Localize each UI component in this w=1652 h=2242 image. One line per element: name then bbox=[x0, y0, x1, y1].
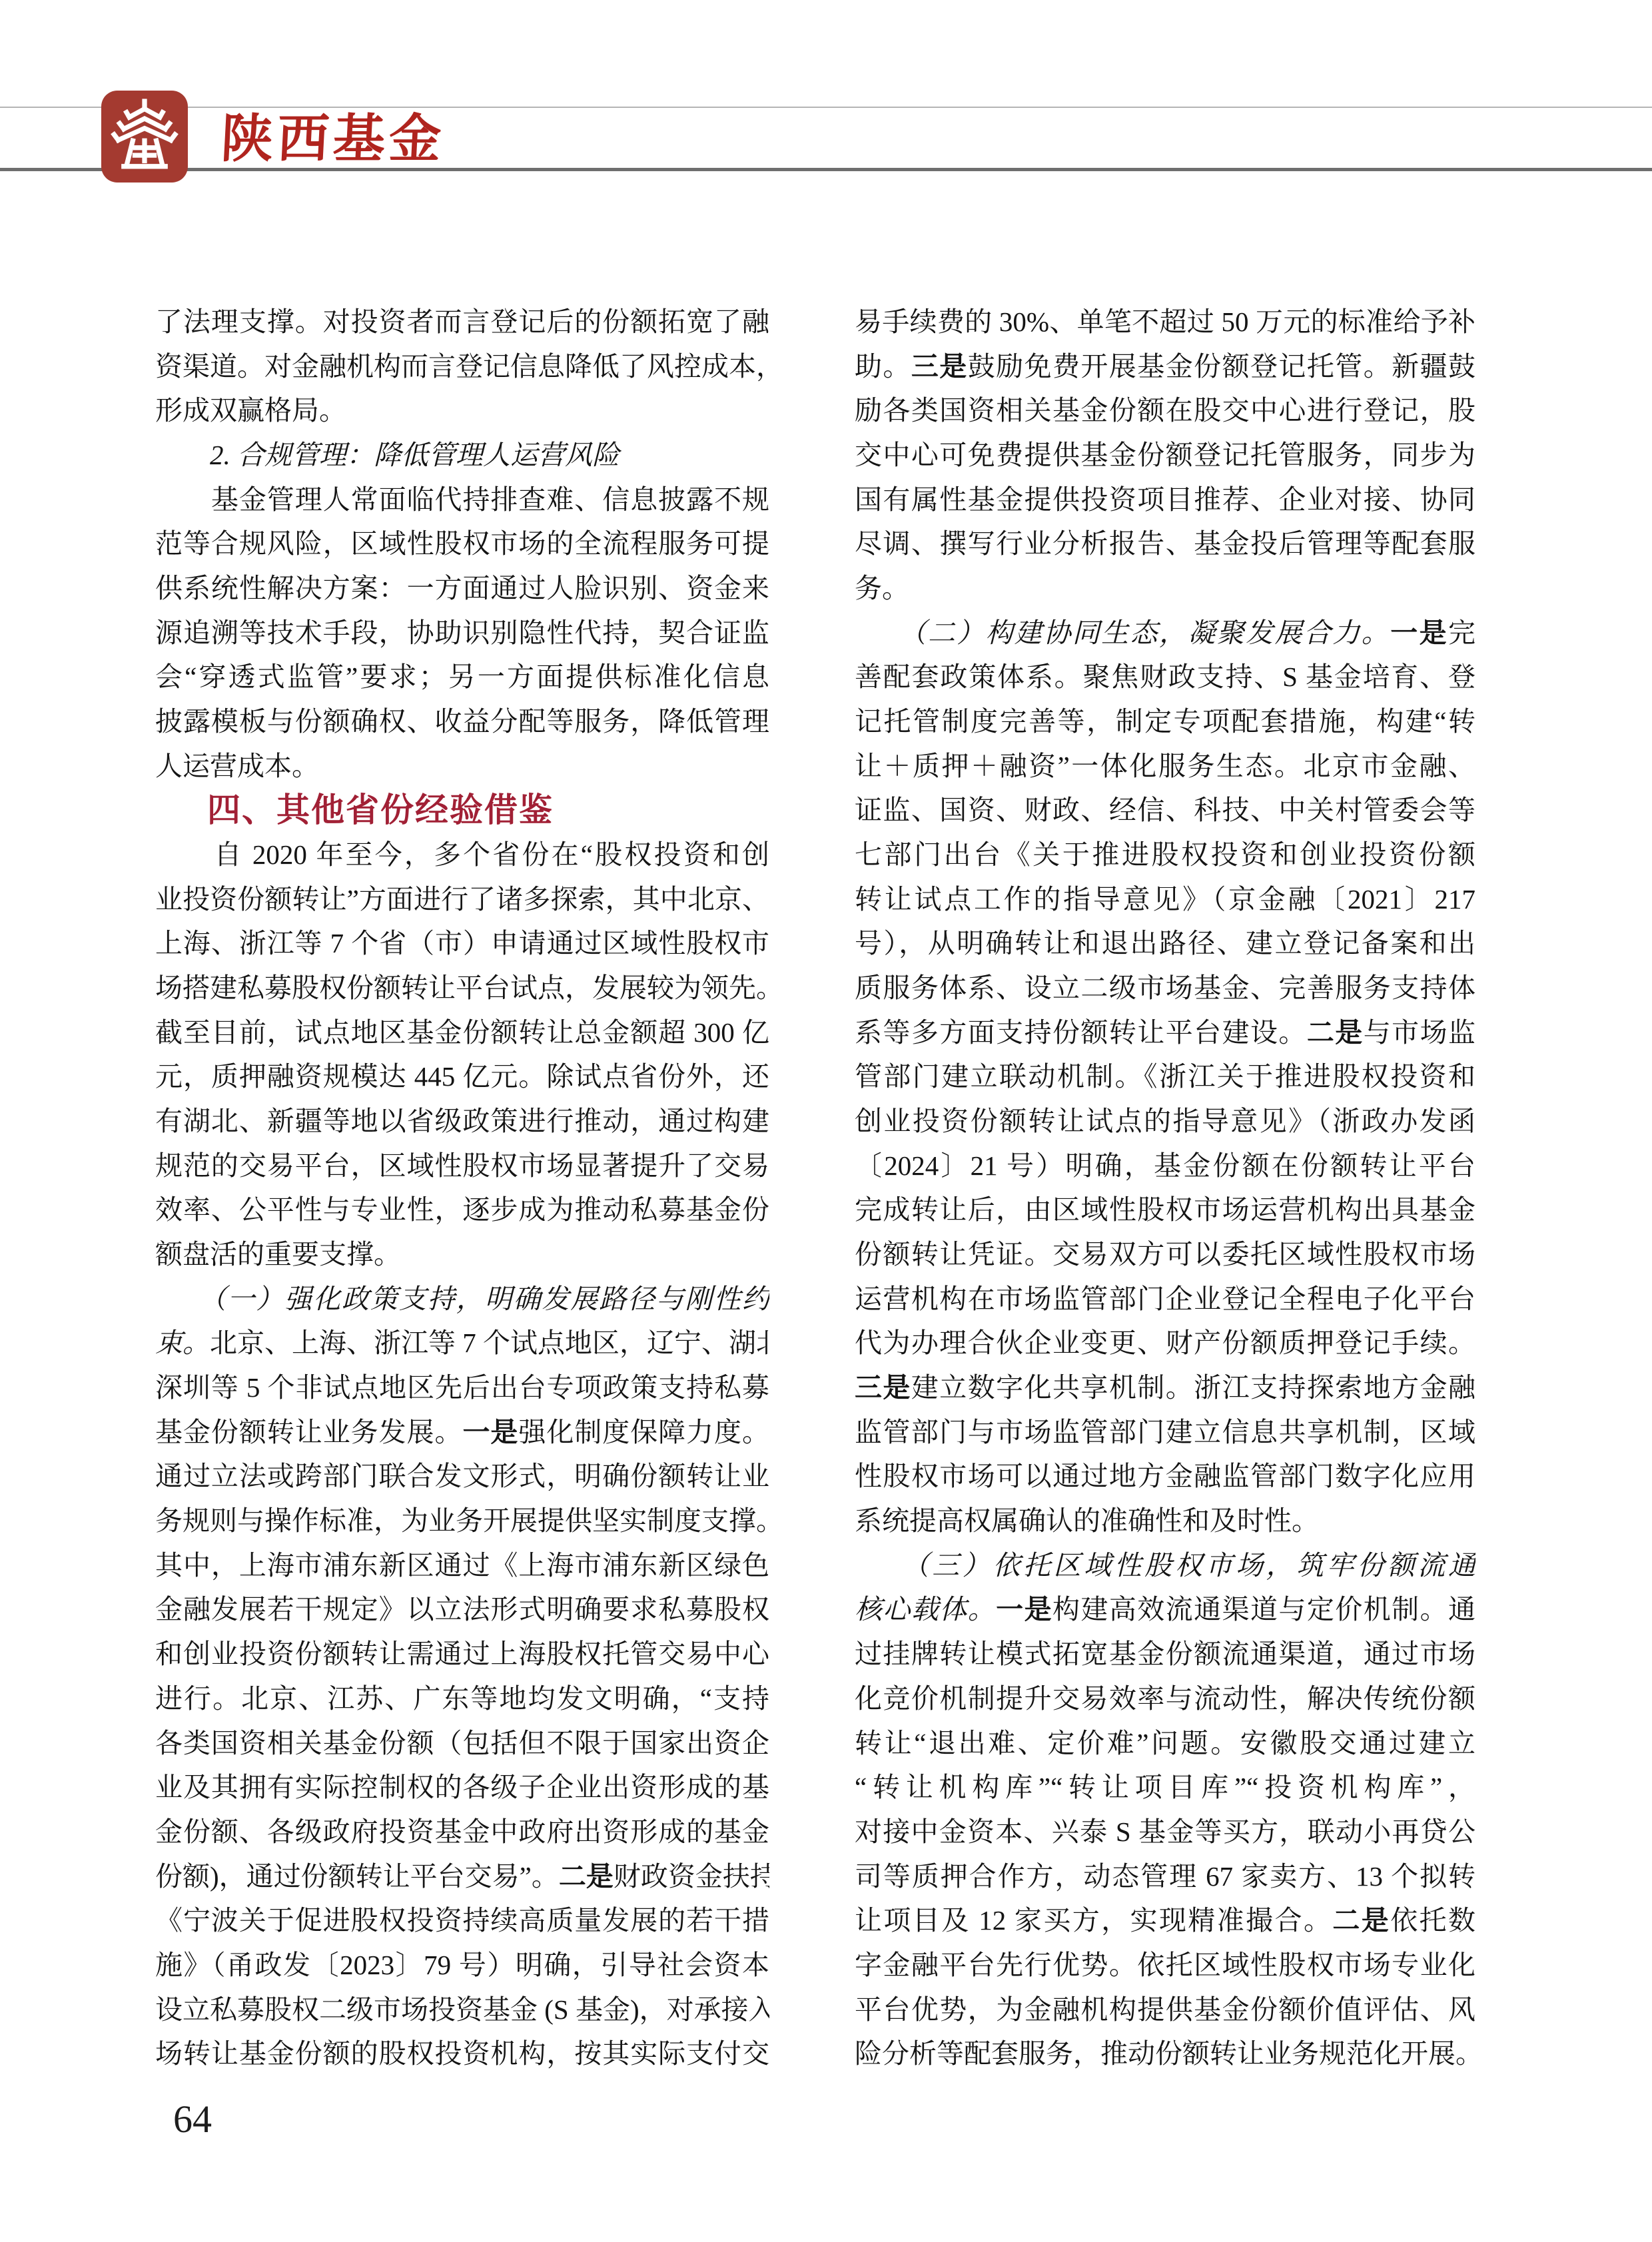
text-line: 转让试点工作的指导意见》（京金融〔2021〕217 bbox=[855, 877, 1475, 922]
text-line: 形成双赢格局。 bbox=[155, 388, 769, 433]
text-line: 披露模板与份额确权、收益分配等服务，降低管理 bbox=[155, 699, 769, 744]
text-line: （二）构建协同生态，凝聚发展合力。一是完 bbox=[855, 611, 1475, 655]
text-line: 上海、浙江等 7 个省（市）申请通过区域性股权市 bbox=[155, 921, 769, 966]
body-text: 鼓励免费开展基金份额登记托管。新疆鼓 bbox=[968, 351, 1475, 382]
emphasis-text: 二是 bbox=[1307, 1017, 1364, 1048]
right-column: 易手续费的 30%、单笔不超过 50 万元的标准给予补助。三是鼓励免费开展基金份… bbox=[855, 300, 1475, 2076]
body-text: 进行。北京、江苏、广东等地均发文明确，“支持 bbox=[155, 1683, 769, 1714]
pagoda-seal-icon bbox=[110, 98, 179, 176]
body-text: 各类国资相关基金份额（包括但不限于国家出资企 bbox=[155, 1728, 769, 1758]
body-text: 助。 bbox=[855, 351, 911, 382]
text-line: 易手续费的 30%、单笔不超过 50 万元的标准给予补 bbox=[855, 300, 1475, 344]
text-line: 截至目前，试点地区基金份额转让总金额超 300 亿 bbox=[155, 1010, 769, 1055]
body-text: 对接中金资本、兴泰 S 基金等买方，联动小再贷公 bbox=[855, 1816, 1475, 1847]
body-text: 强化制度保障力度。 bbox=[518, 1417, 769, 1447]
body-text: “转让机构库”“转让项目库”“投资机构库”， bbox=[855, 1772, 1475, 1802]
text-line: 创业投资份额转让试点的指导意见》（浙政办发函 bbox=[855, 1099, 1475, 1144]
header-rule-top bbox=[0, 107, 1652, 108]
text-line: 监管部门与市场监管部门建立信息共享机制，区域 bbox=[855, 1410, 1475, 1455]
body-text: 供系统性解决方案：一方面通过人脸识别、资金来 bbox=[155, 573, 769, 603]
text-line: 三是建立数字化共享机制。浙江支持探索地方金融 bbox=[855, 1365, 1475, 1410]
body-text: 范等合规风险，区域性股权市场的全流程服务可提 bbox=[155, 528, 769, 559]
kai-subtitle-text: 核心载体。 bbox=[855, 1594, 996, 1625]
text-line: 励各类国资相关基金份额在股交中心进行登记，股 bbox=[855, 388, 1475, 433]
body-text: 金融发展若干规定》以立法形式明确要求私募股权 bbox=[155, 1594, 769, 1625]
body-text: 场搭建私募股权份额转让平台试点，发展较为领先。 bbox=[155, 972, 769, 1003]
text-line: 范等合规风险，区域性股权市场的全流程服务可提 bbox=[155, 522, 769, 566]
body-text: 交中心可免费提供基金份额登记托管服务，同步为 bbox=[855, 440, 1475, 470]
emphasis-text: 二是 bbox=[1332, 1905, 1390, 1936]
emphasis-text: 一是 bbox=[1390, 617, 1448, 648]
text-line: 进行。北京、江苏、广东等地均发文明确，“支持 bbox=[155, 1677, 769, 1721]
body-text: 记托管制度完善等，制定专项配套措施，构建“转 bbox=[855, 706, 1475, 737]
emphasis-text: 二是 bbox=[559, 1861, 614, 1892]
masthead-title: 陕西基金 bbox=[220, 109, 447, 169]
text-line: 转让“退出难、定价难”问题。安徽股交通过建立 bbox=[855, 1721, 1475, 1766]
text-line: 让＋质押＋融资”一体化服务生态。北京市金融、 bbox=[855, 744, 1475, 789]
text-line: 七部门出台《关于推进股权投资和创业投资份额 bbox=[855, 833, 1475, 877]
body-text: 过挂牌转让模式拓宽基金份额流通渠道，通过市场 bbox=[855, 1639, 1475, 1669]
body-text: 化竞价机制提升交易效率与流动性，解决传统份额 bbox=[855, 1683, 1475, 1714]
body-text: 有湖北、新疆等地以省级政策进行推动，通过构建 bbox=[155, 1106, 769, 1136]
text-line: 深圳等 5 个非试点地区先后出台专项政策支持私募 bbox=[155, 1365, 769, 1410]
text-line: 司等质押合作方，动态管理 67 家卖方、13 个拟转 bbox=[855, 1854, 1475, 1899]
text-line: 效率、公平性与专业性，逐步成为推动私募基金份 bbox=[155, 1188, 769, 1232]
text-line: 规范的交易平台，区域性股权市场显著提升了交易 bbox=[155, 1144, 769, 1188]
body-text: 易手续费的 30%、单笔不超过 50 万元的标准给予补 bbox=[855, 306, 1475, 337]
kai-subtitle-text: （一）强化政策支持，明确发展路径与刚性约 bbox=[155, 1284, 769, 1314]
body-text: 七部门出台《关于推进股权投资和创业投资份额 bbox=[855, 839, 1475, 870]
body-text: 平台优势，为金融机构提供基金份额价值评估、风 bbox=[855, 1994, 1475, 2025]
text-line: 完成转让后，由区域性股权市场运营机构出具基金 bbox=[855, 1188, 1475, 1232]
text-line: 尽调、撰写行业分析报告、基金投后管理等配套服 bbox=[855, 522, 1475, 566]
text-line: “转让机构库”“转让项目库”“投资机构库”， bbox=[855, 1765, 1475, 1810]
body-text: 务。 bbox=[855, 573, 909, 603]
emphasis-text: 三是 bbox=[855, 1372, 911, 1403]
body-text: 规范的交易平台，区域性股权市场显著提升了交易 bbox=[155, 1150, 769, 1181]
body-text: 号），从明确转让和退出路径、建立登记备案和出 bbox=[855, 928, 1475, 958]
text-line: 各类国资相关基金份额（包括但不限于国家出资企 bbox=[155, 1721, 769, 1766]
text-line: 额盘活的重要支撑。 bbox=[155, 1232, 769, 1277]
text-line: 份额)，通过份额转让平台交易”。二是财政资金扶持。 bbox=[155, 1854, 769, 1899]
body-text: 系等多方面支持份额转让平台建设。 bbox=[855, 1017, 1307, 1048]
body-text: 四、其他省份经验借鉴 bbox=[207, 791, 554, 829]
body-text: 场转让基金份额的股权投资机构，按其实际支付交 bbox=[155, 2038, 769, 2069]
body-text: 设立私募股权二级市场投资基金 (S 基金)，对承接入 bbox=[155, 1994, 769, 2025]
body-text: 依托数 bbox=[1390, 1905, 1475, 1936]
body-text: 其中，上海市浦东新区通过《上海市浦东新区绿色 bbox=[155, 1550, 769, 1581]
text-line: 设立私募股权二级市场投资基金 (S 基金)，对承接入 bbox=[155, 1988, 769, 2032]
body-text: 额盘活的重要支撑。 bbox=[155, 1239, 401, 1270]
text-line: 国有属性基金提供投资项目推荐、企业对接、协同 bbox=[855, 478, 1475, 522]
text-line: 字金融平台先行优势。依托区域性股权市场专业化 bbox=[855, 1943, 1475, 1988]
body-text: 份额)，通过份额转让平台交易”。 bbox=[155, 1861, 559, 1892]
emphasis-text: 一是 bbox=[462, 1417, 518, 1447]
kai-subtitle-text: 束。 bbox=[155, 1327, 210, 1358]
text-line: 对接中金资本、兴泰 S 基金等买方，联动小再贷公 bbox=[855, 1810, 1475, 1854]
text-line: 核心载体。一是构建高效流通渠道与定价机制。通 bbox=[855, 1587, 1475, 1632]
body-text: 和创业投资份额转让需通过上海股权托管交易中心 bbox=[155, 1639, 769, 1669]
kai-subtitle-text: （二）构建协同生态，凝聚发展合力。 bbox=[855, 617, 1390, 648]
body-text: 元，质押融资规模达 445 亿元。除试点省份外，还 bbox=[155, 1061, 769, 1092]
body-text: 深圳等 5 个非试点地区先后出台专项政策支持私募 bbox=[155, 1372, 769, 1403]
text-line: 金融发展若干规定》以立法形式明确要求私募股权 bbox=[155, 1587, 769, 1632]
left-column: 了法理支撑。对投资者而言登记后的份额拓宽了融资渠道。对金融机构而言登记信息降低了… bbox=[155, 300, 769, 2076]
emphasis-text: 三是 bbox=[911, 351, 968, 382]
text-line: 管部门建立联动机制。《浙江关于推进股权投资和 bbox=[855, 1054, 1475, 1099]
body-text: 善配套政策体系。聚焦财政支持、S 基金培育、登 bbox=[855, 661, 1475, 692]
body-text: 自 2020 年至今，多个省份在“股权投资和创 bbox=[155, 839, 769, 870]
text-line: 束。北京、上海、浙江等 7 个试点地区，辽宁、湖北、 bbox=[155, 1321, 769, 1365]
text-line: 系统提高权属确认的准确性和及时性。 bbox=[855, 1499, 1475, 1543]
text-line: 让项目及 12 家买方，实现精准撮合。二是依托数 bbox=[855, 1898, 1475, 1943]
body-text: 字金融平台先行优势。依托区域性股权市场专业化 bbox=[855, 1950, 1475, 1980]
body-text: 〔2024〕21 号）明确，基金份额在份额转让平台 bbox=[855, 1150, 1475, 1181]
text-line: 场搭建私募股权份额转让平台试点，发展较为领先。 bbox=[155, 966, 769, 1010]
body-text: 完 bbox=[1448, 617, 1475, 648]
body-text: 管部门建立联动机制。《浙江关于推进股权投资和 bbox=[855, 1061, 1475, 1092]
body-text: 资渠道。对金融机构而言登记信息降低了风控成本， bbox=[155, 351, 769, 382]
text-line: 质服务体系、设立二级市场基金、完善服务支持体 bbox=[855, 966, 1475, 1010]
body-text: 国有属性基金提供投资项目推荐、企业对接、协同 bbox=[855, 484, 1475, 515]
text-line: 了法理支撑。对投资者而言登记后的份额拓宽了融 bbox=[155, 300, 769, 344]
text-line: 务。 bbox=[855, 566, 1475, 611]
document-page: 陕西基金 了法理支撑。对投资者而言登记后的份额拓宽了融资渠道。对金融机构而言登记… bbox=[0, 0, 1652, 2242]
body-text: 构建高效流通渠道与定价机制。通 bbox=[1052, 1594, 1475, 1625]
body-text: 性股权市场可以通过地方金融监管部门数字化应用 bbox=[855, 1461, 1475, 1491]
text-line: 助。三是鼓励免费开展基金份额登记托管。新疆鼓 bbox=[855, 344, 1475, 389]
body-text: 转让试点工作的指导意见》（京金融〔2021〕217 bbox=[855, 884, 1475, 915]
kai-subtitle-text: （三）依托区域性股权市场，筑牢份额流通 bbox=[855, 1550, 1475, 1581]
body-text: 金份额、各级政府投资基金中政府出资形成的基金 bbox=[155, 1816, 769, 1847]
body-text: 份额转让凭证。交易双方可以委托区域性股权市场 bbox=[855, 1239, 1475, 1270]
body-text: 质服务体系、设立二级市场基金、完善服务支持体 bbox=[855, 972, 1475, 1003]
page-number: 64 bbox=[173, 2097, 212, 2141]
text-line: 和创业投资份额转让需通过上海股权托管交易中心 bbox=[155, 1632, 769, 1677]
text-line: 基金管理人常面临代持排查难、信息披露不规 bbox=[155, 478, 769, 522]
text-line: 场转让基金份额的股权投资机构，按其实际支付交 bbox=[155, 2032, 769, 2076]
body-text: 效率、公平性与专业性，逐步成为推动私募基金份 bbox=[155, 1194, 769, 1225]
text-line: 记托管制度完善等，制定专项配套措施，构建“转 bbox=[855, 699, 1475, 744]
section-heading: 四、其他省份经验借鉴 bbox=[155, 788, 769, 833]
text-line: 运营机构在市场监管部门企业登记全程电子化平台 bbox=[855, 1277, 1475, 1321]
text-line: 份额转让凭证。交易双方可以委托区域性股权市场 bbox=[855, 1232, 1475, 1277]
text-line: 〔2024〕21 号）明确，基金份额在份额转让平台 bbox=[855, 1144, 1475, 1188]
body-text: 通过立法或跨部门联合发文形式，明确份额转让业 bbox=[155, 1461, 769, 1491]
body-text: 险分析等配套服务，推动份额转让业务规范化开展。 bbox=[855, 2038, 1475, 2069]
body-text: 完成转让后，由区域性股权市场运营机构出具基金 bbox=[855, 1194, 1475, 1225]
text-line: 善配套政策体系。聚焦财政支持、S 基金培育、登 bbox=[855, 655, 1475, 699]
text-line: 化竞价机制提升交易效率与流动性，解决传统份额 bbox=[855, 1677, 1475, 1721]
text-line: 业投资份额转让”方面进行了诸多探索，其中北京、 bbox=[155, 877, 769, 922]
text-line: 其中，上海市浦东新区通过《上海市浦东新区绿色 bbox=[155, 1543, 769, 1588]
body-text: 基金份额转让业务发展。 bbox=[155, 1417, 462, 1447]
body-text: 业及其拥有实际控制权的各级子企业出资形成的基 bbox=[155, 1772, 769, 1802]
body-text: 《宁波关于促进股权投资持续高质量发展的若干措 bbox=[155, 1905, 769, 1936]
body-text: 人运营成本。 bbox=[155, 751, 319, 781]
body-text: 上海、浙江等 7 个省（市）申请通过区域性股权市 bbox=[155, 928, 769, 958]
text-line: 基金份额转让业务发展。一是强化制度保障力度。 bbox=[155, 1410, 769, 1455]
text-line: 自 2020 年至今，多个省份在“股权投资和创 bbox=[155, 833, 769, 877]
text-line: 施》（甬政发〔2023〕79 号）明确，引导社会资本 bbox=[155, 1943, 769, 1988]
text-line: 平台优势，为金融机构提供基金份额价值评估、风 bbox=[855, 1988, 1475, 2032]
text-line: 有湖北、新疆等地以省级政策进行推动，通过构建 bbox=[155, 1099, 769, 1144]
text-line: 源追溯等技术手段，协助识别隐性代持，契合证监 bbox=[155, 611, 769, 655]
text-line: 代为办理合伙企业变更、财产份额质押登记手续。 bbox=[855, 1321, 1475, 1365]
text-line: 过挂牌转让模式拓宽基金份额流通渠道，通过市场 bbox=[855, 1632, 1475, 1677]
text-line: 人运营成本。 bbox=[155, 744, 769, 789]
body-text: 证监、国资、财政、经信、科技、中关村管委会等 bbox=[855, 795, 1475, 825]
body-text: 运营机构在市场监管部门企业登记全程电子化平台 bbox=[855, 1284, 1475, 1314]
text-line: 资渠道。对金融机构而言登记信息降低了风控成本， bbox=[155, 344, 769, 389]
body-text: 截至目前，试点地区基金份额转让总金额超 300 亿 bbox=[155, 1017, 769, 1048]
body-text: 让＋质押＋融资”一体化服务生态。北京市金融、 bbox=[855, 751, 1475, 781]
body-text: 施》（甬政发〔2023〕79 号）明确，引导社会资本 bbox=[155, 1950, 769, 1980]
body-text: 基金管理人常面临代持排查难、信息披露不规 bbox=[155, 484, 769, 515]
body-text: 披露模板与份额确权、收益分配等服务，降低管理 bbox=[155, 706, 769, 737]
body-text: 形成双赢格局。 bbox=[155, 395, 346, 426]
text-line: （一）强化政策支持，明确发展路径与刚性约 bbox=[155, 1277, 769, 1321]
text-line: （三）依托区域性股权市场，筑牢份额流通 bbox=[855, 1543, 1475, 1588]
body-text: 了法理支撑。对投资者而言登记后的份额拓宽了融 bbox=[155, 306, 769, 337]
body-text: 与市场监 bbox=[1364, 1017, 1475, 1048]
body-text: 北京、上海、浙江等 7 个试点地区，辽宁、湖北、 bbox=[210, 1327, 769, 1358]
body-text: 建立数字化共享机制。浙江支持探索地方金融 bbox=[911, 1372, 1475, 1403]
body-text: 尽调、撰写行业分析报告、基金投后管理等配套服 bbox=[855, 528, 1475, 559]
body-text: 监管部门与市场监管部门建立信息共享机制，区域 bbox=[855, 1417, 1475, 1447]
body-text: 创业投资份额转让试点的指导意见》（浙政办发函 bbox=[855, 1106, 1475, 1136]
body-text: 系统提高权属确认的准确性和及时性。 bbox=[855, 1505, 1319, 1536]
text-line: 会“穿透式监管”要求；另一方面提供标准化信息 bbox=[155, 655, 769, 699]
body-text: 财政资金扶持。 bbox=[614, 1861, 769, 1892]
body-text: 务规则与操作标准，为业务开展提供坚实制度支撑。 bbox=[155, 1505, 769, 1536]
body-text: 让项目及 12 家买方，实现精准撮合。 bbox=[855, 1905, 1332, 1936]
text-line: 金份额、各级政府投资基金中政府出资形成的基金 bbox=[155, 1810, 769, 1854]
text-line: 业及其拥有实际控制权的各级子企业出资形成的基 bbox=[155, 1765, 769, 1810]
emphasis-text: 一是 bbox=[996, 1594, 1052, 1625]
body-text: 代为办理合伙企业变更、财产份额质押登记手续。 bbox=[855, 1327, 1475, 1358]
text-line: 元，质押融资规模达 445 亿元。除试点省份外，还 bbox=[155, 1054, 769, 1099]
text-line: 《宁波关于促进股权投资持续高质量发展的若干措 bbox=[155, 1898, 769, 1943]
text-line: 通过立法或跨部门联合发文形式，明确份额转让业 bbox=[155, 1454, 769, 1499]
kai-subtitle-text: 2. 合规管理：降低管理人运营风险 bbox=[155, 440, 619, 470]
body-text: 源追溯等技术手段，协助识别隐性代持，契合证监 bbox=[155, 617, 769, 648]
body-text: 会“穿透式监管”要求；另一方面提供标准化信息 bbox=[155, 661, 769, 692]
text-line: 交中心可免费提供基金份额登记托管服务，同步为 bbox=[855, 433, 1475, 478]
body-text: 励各类国资相关基金份额在股交中心进行登记，股 bbox=[855, 395, 1475, 426]
body-text: 转让“退出难、定价难”问题。安徽股交通过建立 bbox=[855, 1728, 1475, 1758]
text-line: 供系统性解决方案：一方面通过人脸识别、资金来 bbox=[155, 566, 769, 611]
text-line: 系等多方面支持份额转让平台建设。二是与市场监 bbox=[855, 1010, 1475, 1055]
text-line: 险分析等配套服务，推动份额转让业务规范化开展。 bbox=[855, 2032, 1475, 2076]
text-line: 务规则与操作标准，为业务开展提供坚实制度支撑。 bbox=[155, 1499, 769, 1543]
text-line: 号），从明确转让和退出路径、建立登记备案和出 bbox=[855, 921, 1475, 966]
text-line: 2. 合规管理：降低管理人运营风险 bbox=[155, 433, 769, 478]
shaanxi-fund-logo bbox=[101, 91, 188, 183]
text-line: 证监、国资、财政、经信、科技、中关村管委会等 bbox=[855, 788, 1475, 833]
body-text: 业投资份额转让”方面进行了诸多探索，其中北京、 bbox=[155, 884, 769, 915]
body-text: 司等质押合作方，动态管理 67 家卖方、13 个拟转 bbox=[855, 1861, 1475, 1892]
text-line: 性股权市场可以通过地方金融监管部门数字化应用 bbox=[855, 1454, 1475, 1499]
